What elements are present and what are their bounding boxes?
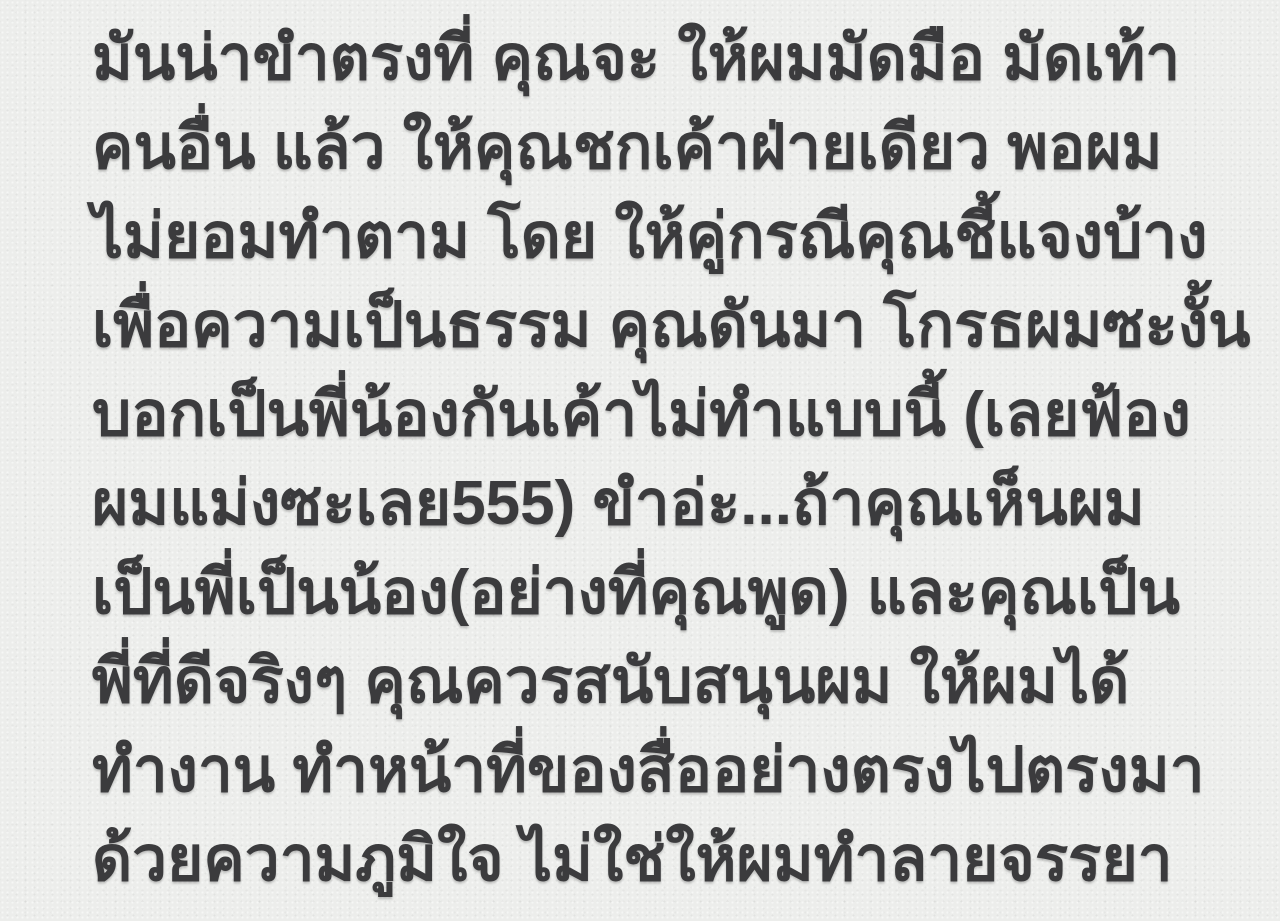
text-line: ไม่ยอมทำตาม โดย ให้คู่กรณีคุณชี้แจงบ้าง [92, 192, 1240, 281]
text-line: เป็นพี่เป็นน้อง(อย่างที่คุณพูด) และคุณเป… [92, 548, 1240, 637]
text-line: ทำงาน ทำหน้าที่ของสื่ออย่างตรงไปตรงมา [92, 726, 1240, 815]
text-line: บอกเป็นพี่น้องกันเค้าไม่ทำแบบนี้ (เลยฟ้อ… [92, 370, 1240, 459]
text-line: เพื่อความเป็นธรรม คุณดันมา โกรธผมซะงั้น [92, 281, 1240, 370]
text-line: พี่ที่ดีจริงๆ คุณควรสนับสนุนผม ให้ผมได้ [92, 637, 1240, 726]
post-text: มันน่าขำตรงที่ คุณจะ ให้ผมมัดมือ มัดเท้า… [92, 14, 1240, 904]
text-line: มันน่าขำตรงที่ คุณจะ ให้ผมมัดมือ มัดเท้า [92, 14, 1240, 103]
text-line: ผมแม่งซะเลย555) ขำอ่ะ...ถ้าคุณเห็นผม [92, 459, 1240, 548]
text-line: คนอื่น แล้ว ให้คุณชกเค้าฝ่ายเดียว พอผม [92, 103, 1240, 192]
text-line: ด้วยความภูมิใจ ไม่ใช่ให้ผมทำลายจรรยา [92, 815, 1240, 904]
